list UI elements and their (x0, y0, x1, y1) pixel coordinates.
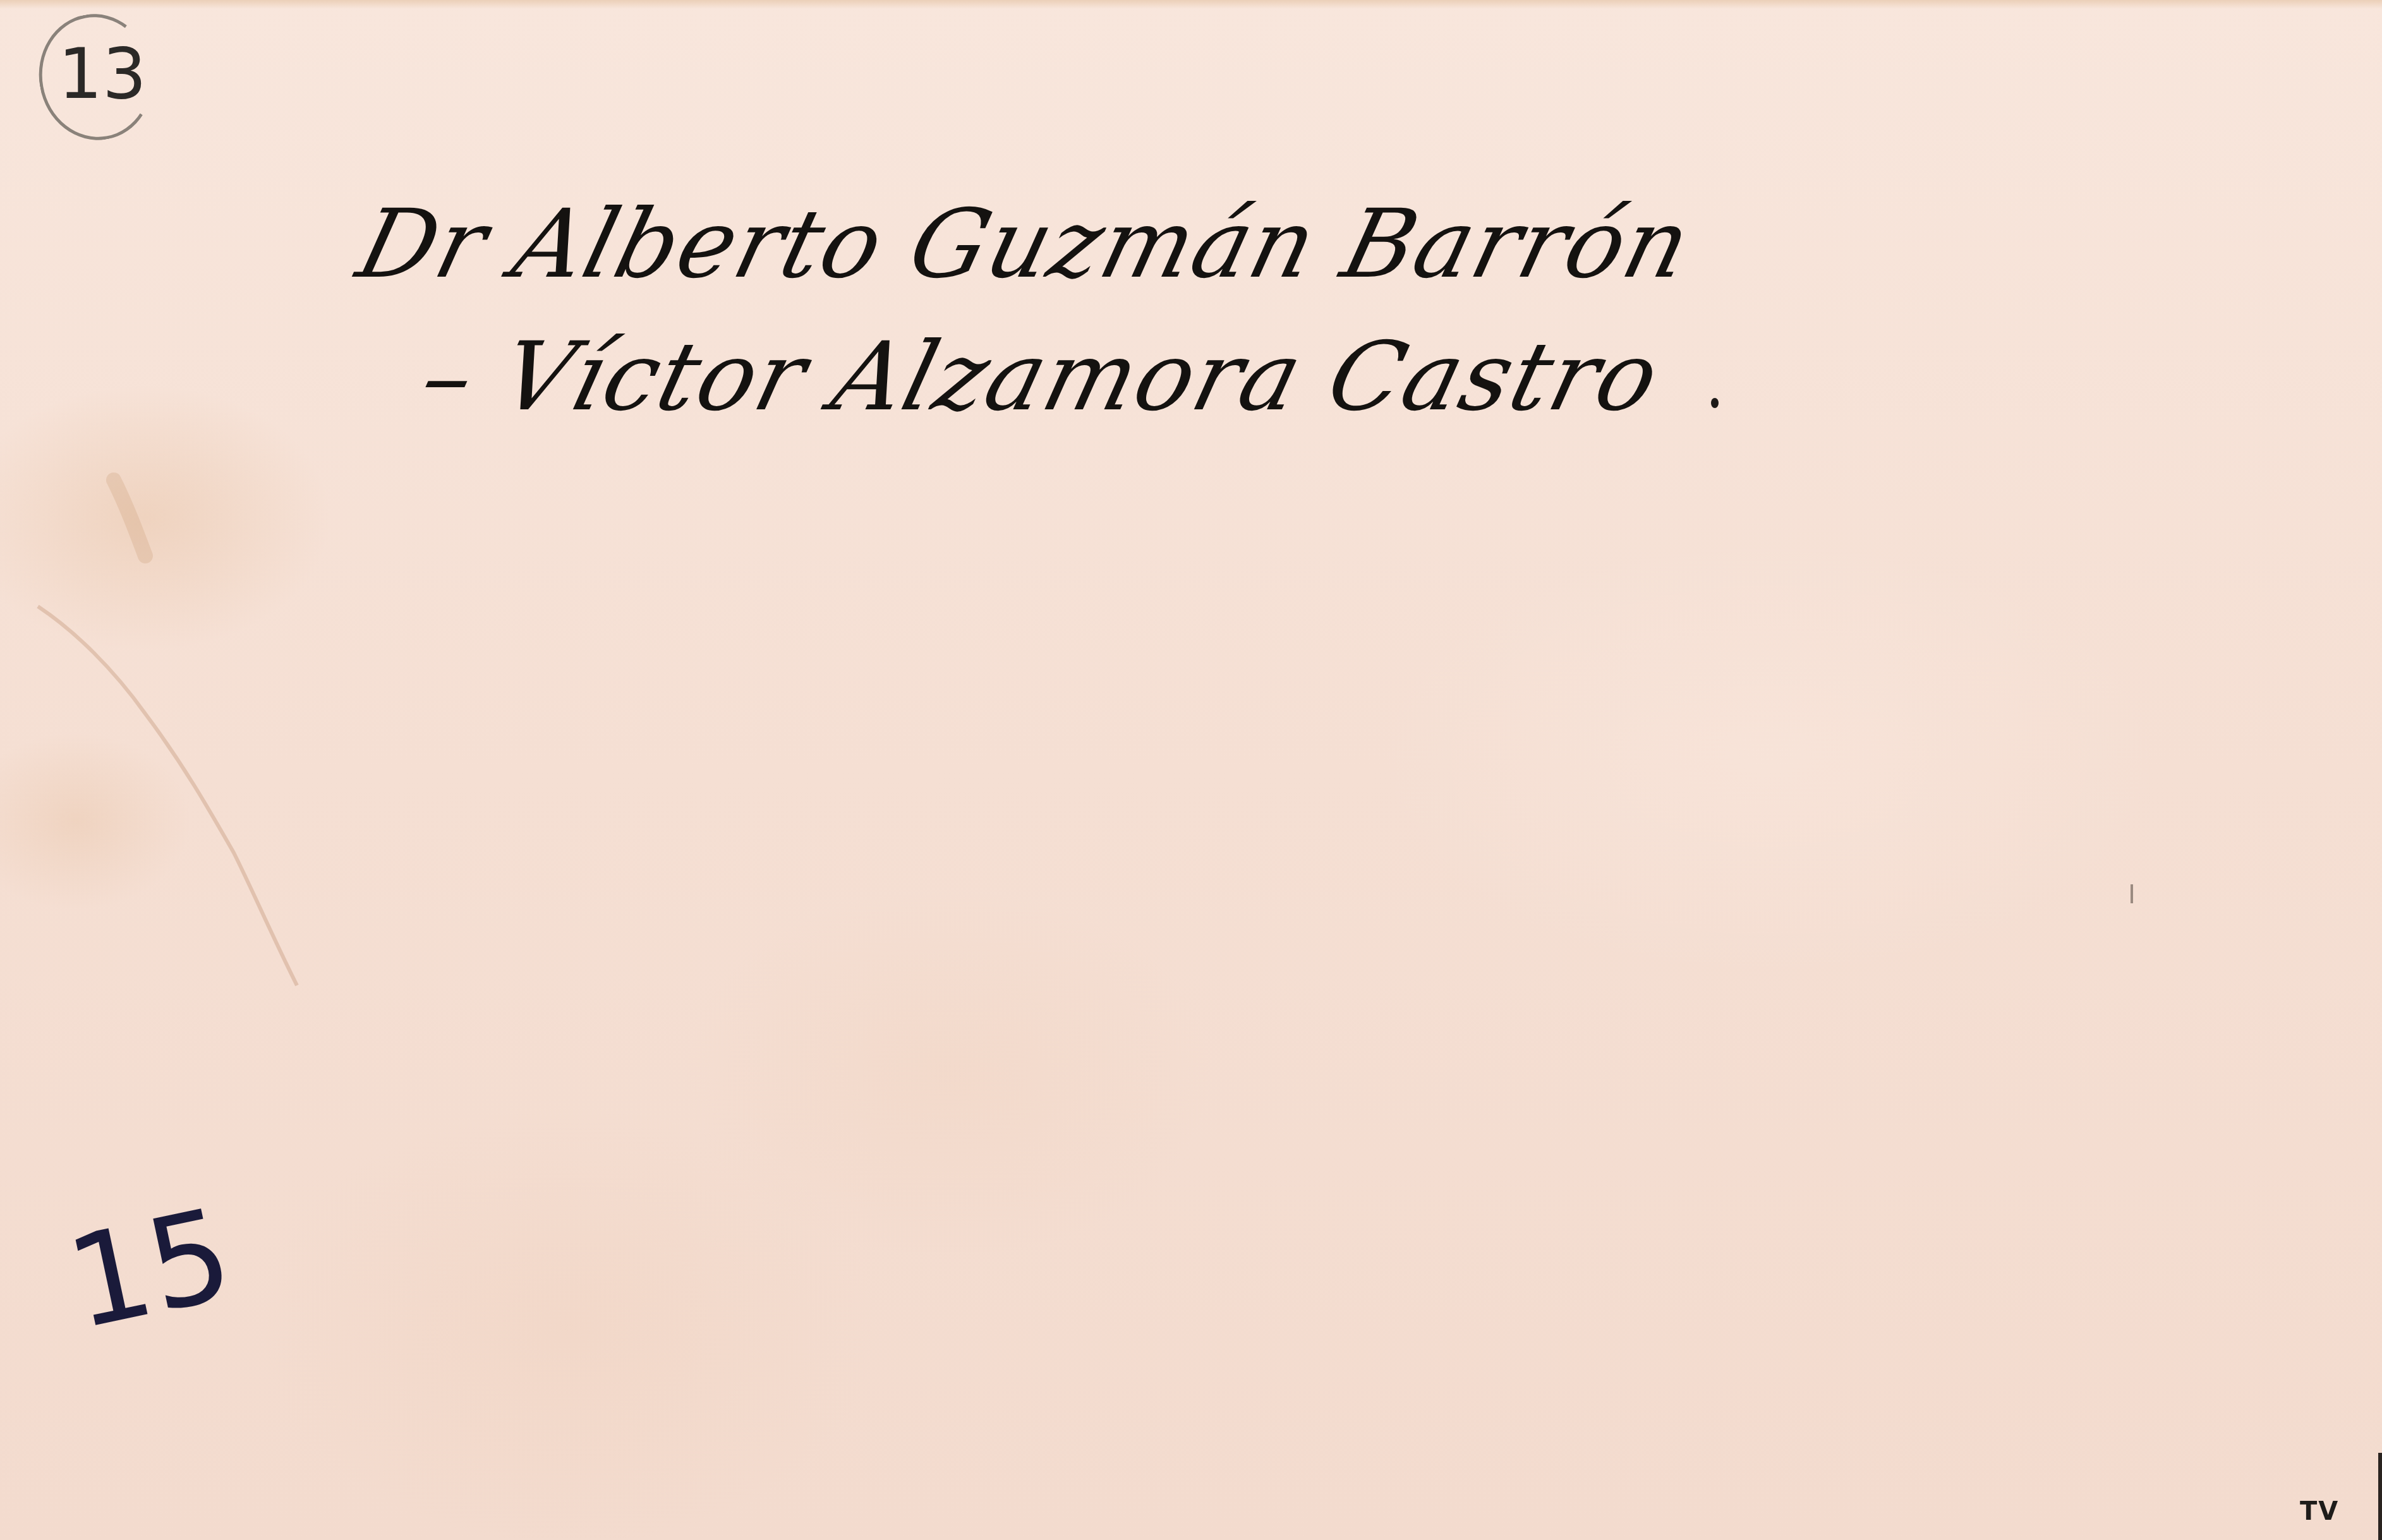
circled-corner-number: 13 (39, 14, 147, 140)
initials-mark: TV (2300, 1497, 2339, 1526)
right-edge-shadow (2378, 1453, 2382, 1540)
inscription-line-2: – Víctor Alzamora Castro (411, 322, 1671, 432)
corner-number-text: 13 (58, 39, 147, 109)
photo-back-card: 13 Dr Alberto Guzmán Barrón – Víctor Alz… (0, 0, 2382, 1540)
margin-number: 15 (58, 1191, 242, 1349)
pencil-mark (2131, 884, 2133, 903)
inscription-line-1: Dr Alberto Guzmán Barrón (348, 189, 1702, 299)
trailing-dot (1711, 398, 1719, 408)
top-edge-wear (0, 0, 2382, 9)
